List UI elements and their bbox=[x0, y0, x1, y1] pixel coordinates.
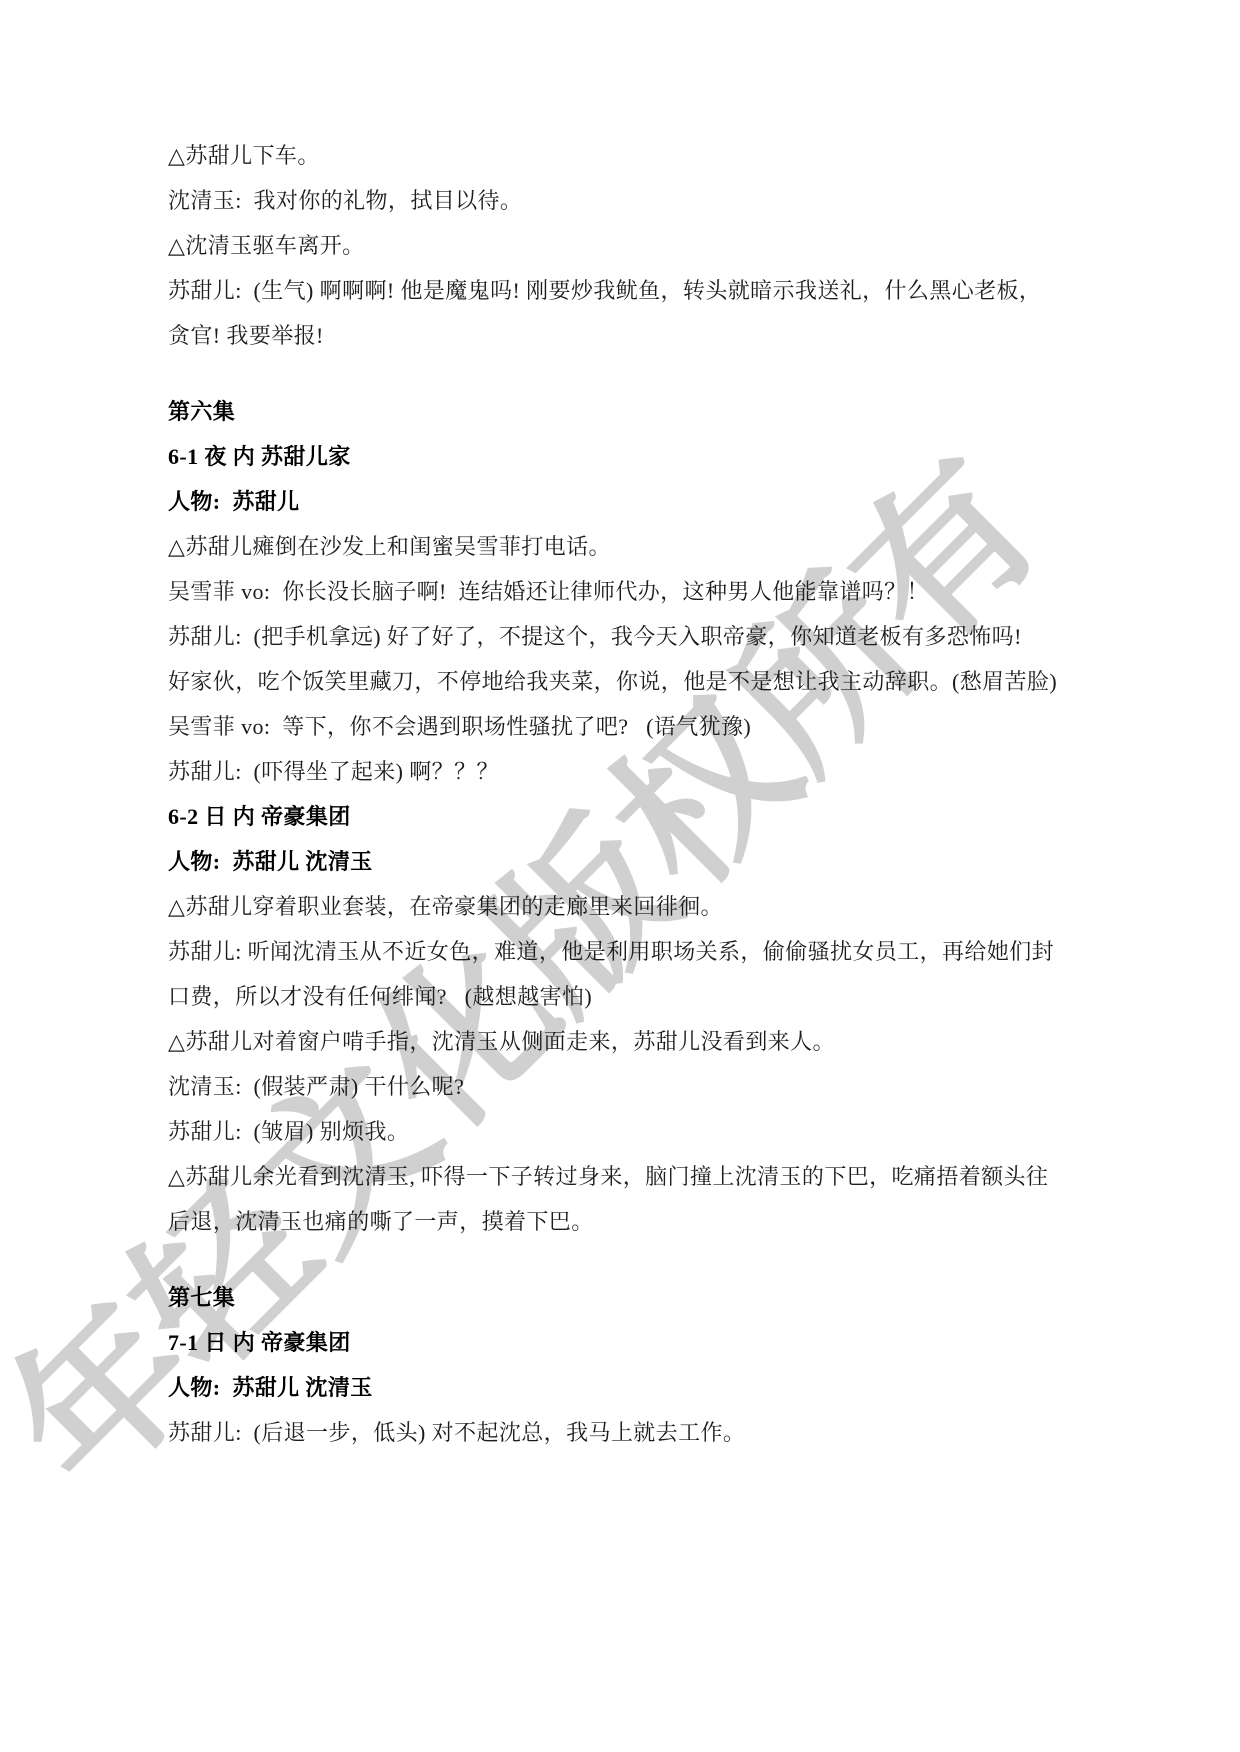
dialogue-line: 苏甜儿: (吓得坐了起来) 啊？？？ bbox=[168, 749, 1083, 794]
scene-heading: 6-2 日 内 帝豪集团 bbox=[168, 794, 1083, 839]
dialogue-line: 沈清玉: 我对你的礼物，拭目以待。 bbox=[168, 178, 1083, 223]
action-line: △苏甜儿瘫倒在沙发上和闺蜜吴雪菲打电话。 bbox=[168, 524, 1083, 569]
scene-heading: 人物: 苏甜儿 沈清玉 bbox=[168, 1365, 1083, 1410]
dialogue-line: 吴雪菲 vo: 等下，你不会遇到职场性骚扰了吧? (语气犹豫) bbox=[168, 704, 1083, 749]
dialogue-line: 后退，沈清玉也痛的嘶了一声，摸着下巴。 bbox=[168, 1199, 1083, 1244]
dialogue-line: 苏甜儿: (皱眉) 别烦我。 bbox=[168, 1109, 1083, 1154]
action-line: △苏甜儿对着窗户啃手指，沈清玉从侧面走来，苏甜儿没看到来人。 bbox=[168, 1019, 1083, 1064]
scene-heading: 人物: 苏甜儿 沈清玉 bbox=[168, 839, 1083, 884]
dialogue-line: 苏甜儿: (后退一步，低头) 对不起沈总，我马上就去工作。 bbox=[168, 1410, 1083, 1455]
scene-heading: 第六集 bbox=[168, 389, 1083, 434]
dialogue-line: 苏甜儿: (生气) 啊啊啊! 他是魔鬼吗! 刚要炒我鱿鱼，转头就暗示我送礼，什么… bbox=[168, 268, 1083, 313]
action-line: △苏甜儿余光看到沈清玉, 吓得一下子转过身来，脑门撞上沈清玉的下巴，吃痛捂着额头… bbox=[168, 1154, 1083, 1199]
scene-heading: 人物: 苏甜儿 bbox=[168, 479, 1083, 524]
blank-line bbox=[168, 1244, 1083, 1275]
scene-heading: 6-1 夜 内 苏甜儿家 bbox=[168, 434, 1083, 479]
document-page: 年轻文化版权所有 △苏甜儿下车。沈清玉: 我对你的礼物，拭目以待。△沈清玉驱车离… bbox=[0, 0, 1240, 1752]
scene-heading: 7-1 日 内 帝豪集团 bbox=[168, 1320, 1083, 1365]
dialogue-line: 口费，所以才没有任何绯闻? (越想越害怕) bbox=[168, 974, 1083, 1019]
action-line: △沈清玉驱车离开。 bbox=[168, 223, 1083, 268]
dialogue-line: 吴雪菲 vo: 你长没长脑子啊! 连结婚还让律师代办，这种男人他能靠谱吗？！ bbox=[168, 569, 1083, 614]
dialogue-line: 苏甜儿: (把手机拿远) 好了好了，不提这个，我今天入职帝豪，你知道老板有多恐怖… bbox=[168, 614, 1083, 659]
blank-line bbox=[168, 358, 1083, 389]
dialogue-line: 沈清玉: (假装严肃) 干什么呢? bbox=[168, 1064, 1083, 1109]
dialogue-line: 苏甜儿: 听闻沈清玉从不近女色，难道，他是利用职场关系，偷偷骚扰女员工，再给她们… bbox=[168, 929, 1083, 974]
dialogue-line: 贪官! 我要举报! bbox=[168, 313, 1083, 358]
action-line: △苏甜儿下车。 bbox=[168, 133, 1083, 178]
script-content: △苏甜儿下车。沈清玉: 我对你的礼物，拭目以待。△沈清玉驱车离开。苏甜儿: (生… bbox=[168, 133, 1083, 1455]
scene-heading: 第七集 bbox=[168, 1275, 1083, 1320]
dialogue-line: 好家伙，吃个饭笑里藏刀，不停地给我夹菜，你说，他是不是想让我主动辞职。(愁眉苦脸… bbox=[168, 659, 1083, 704]
action-line: △苏甜儿穿着职业套装，在帝豪集团的走廊里来回徘徊。 bbox=[168, 884, 1083, 929]
